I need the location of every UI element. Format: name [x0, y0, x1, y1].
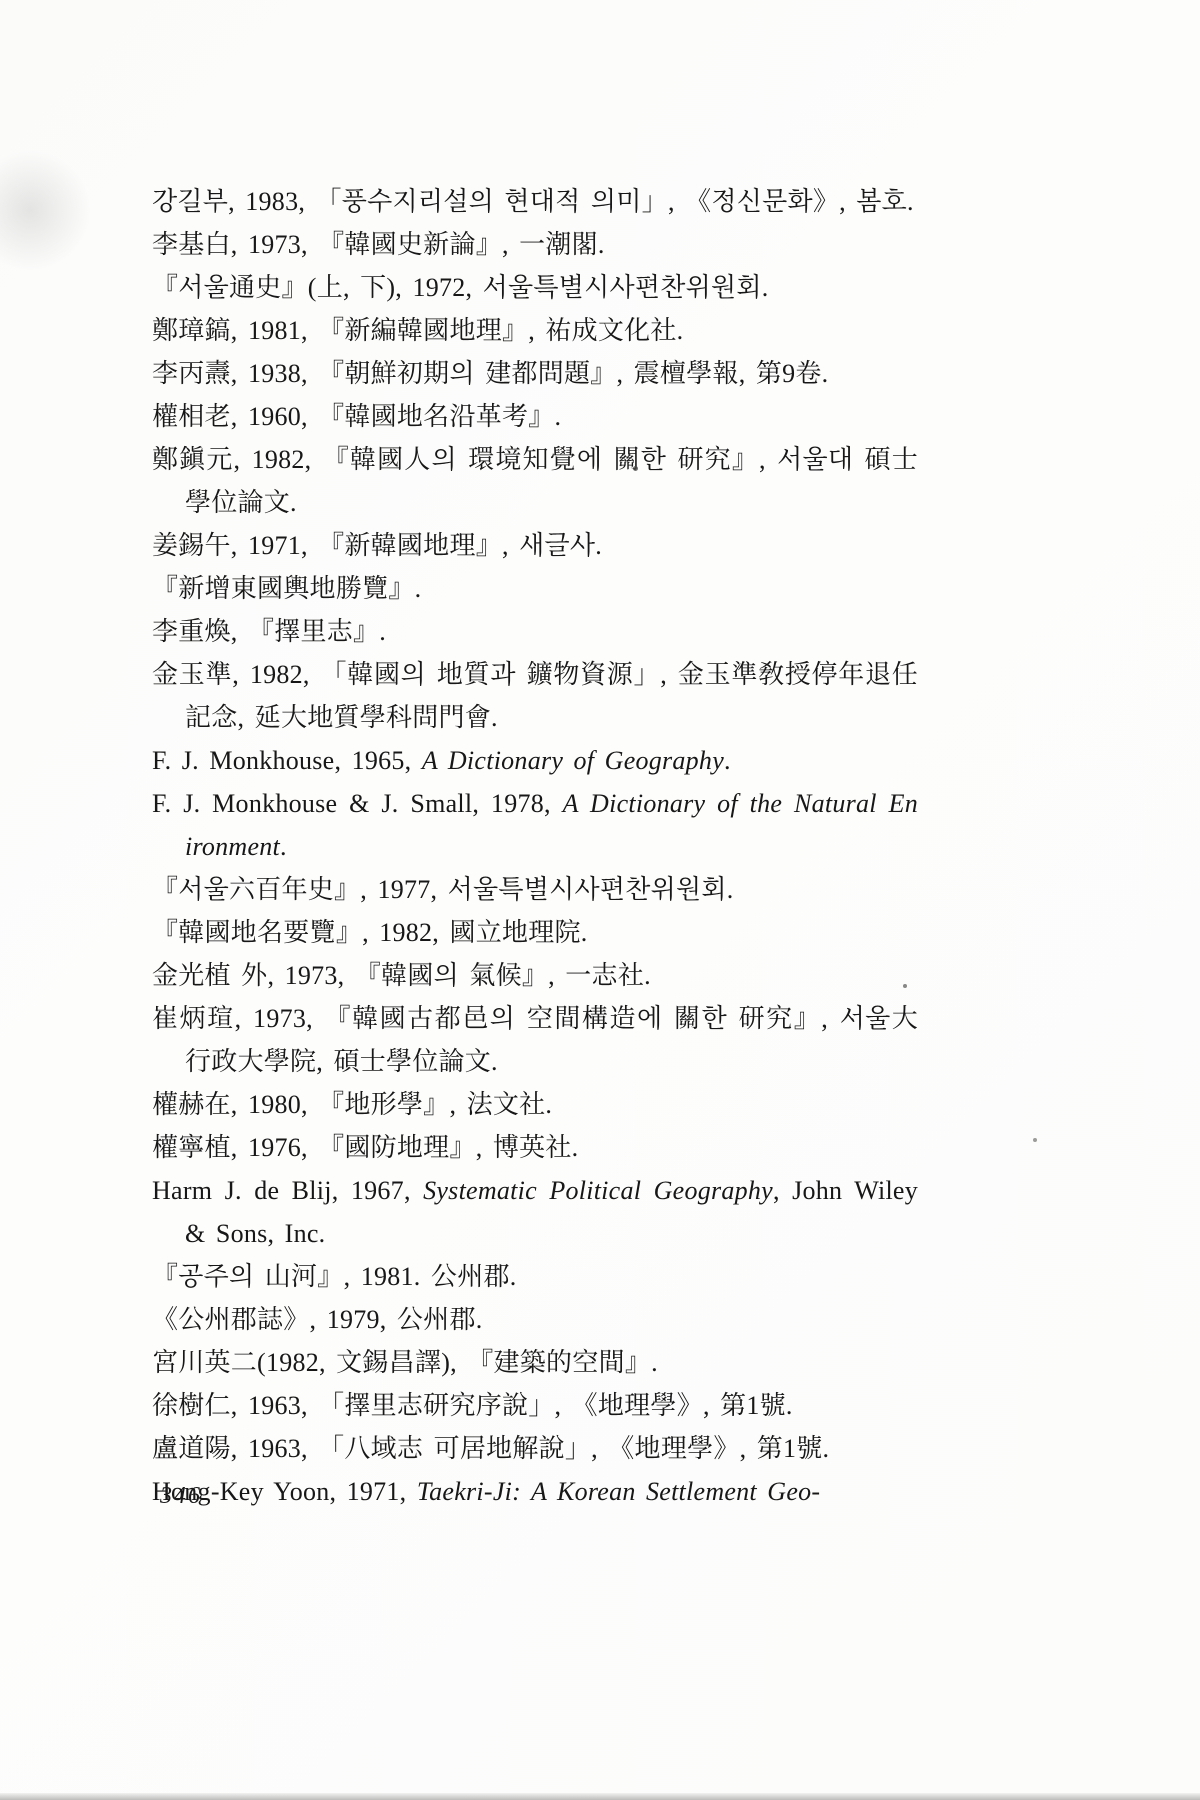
entry-text: 金光植 外, 1973, 『韓國의 氣候』, 一志社.	[152, 961, 651, 990]
entry-text: 李重煥, 『擇里志』.	[152, 617, 386, 646]
bibliography-entry: 《公州郡誌》, 1979, 公州郡.	[152, 1298, 918, 1341]
bibliography-entry: 『공주의 山河』, 1981. 公州郡.	[152, 1255, 918, 1298]
entry-text: 徐樹仁, 1963, 「擇里志研究序說」, 《地理學》, 第1號.	[152, 1391, 793, 1420]
entry-text: 강길부, 1983, 「풍수지리설의 현대적 의미」, 《정신문화》, 봄호.	[152, 187, 914, 216]
bibliography-entry: 李基白, 1973, 『韓國史新論』, 一潮閣.	[152, 223, 918, 266]
entry-text: 李基白, 1973, 『韓國史新論』, 一潮閣.	[152, 230, 605, 259]
page-number: 346	[160, 1483, 202, 1510]
scan-smudge	[0, 128, 112, 292]
bibliography-entry: 鄭璋鎬, 1981, 『新編韓國地理』, 祐成文化社.	[152, 309, 918, 352]
bibliography-entry: 『서울六百年史』, 1977, 서울특별시사편찬위원회.	[152, 868, 918, 911]
entry-title-italic: A Dictionary of Geography	[422, 746, 724, 775]
scan-artifact-dot	[903, 984, 907, 988]
scan-artifact-dot	[633, 466, 638, 471]
entry-text: 盧道陽, 1963, 「八域志 可居地解說」, 《地理學》, 第1號.	[152, 1434, 829, 1463]
entry-text: 權赫在, 1980, 『地形學』, 法文社.	[152, 1090, 552, 1119]
entry-text: 《公州郡誌》, 1979, 公州郡.	[152, 1305, 482, 1334]
entry-text: 金玉準, 1982, 「韓國의 地質과 鑛物資源」, 金玉準敎授停年退任記念, …	[152, 660, 918, 732]
entry-text: F. J. Monkhouse & J. Small, 1978,	[152, 789, 563, 818]
entry-text: 『서울六百年史』, 1977, 서울특별시사편찬위원회.	[152, 875, 734, 904]
bibliography-entry: F. J. Monkhouse & J. Small, 1978, A Dict…	[152, 782, 918, 868]
entry-text: .	[280, 832, 287, 861]
entry-text: 姜錫午, 1971, 『新韓國地理』, 새글사.	[152, 531, 602, 560]
bibliography-entry: 金玉準, 1982, 「韓國의 地質과 鑛物資源」, 金玉準敎授停年退任記念, …	[152, 653, 918, 739]
bibliography-entry: 『新增東國輿地勝覽』.	[152, 567, 918, 610]
book-page: 강길부, 1983, 「풍수지리설의 현대적 의미」, 《정신문화》, 봄호.李…	[0, 0, 1200, 1800]
scan-page-edge	[0, 1793, 1200, 1800]
bibliography-entry: 盧道陽, 1963, 「八域志 可居地解說」, 《地理學》, 第1號.	[152, 1427, 918, 1470]
bibliography-entry: 權相老, 1960, 『韓國地名沿革考』.	[152, 395, 918, 438]
bibliography-entry: 崔炳瑄, 1973, 『韓國古都邑의 空間構造에 關한 研究』, 서울大 行政大…	[152, 997, 918, 1083]
entry-text: 『新增東國輿地勝覽』.	[152, 574, 421, 603]
entry-text: 『서울通史』(上, 下), 1972, 서울특별시사편찬위원회.	[152, 273, 769, 302]
entry-text: 『韓國地名要覽』, 1982, 國立地理院.	[152, 918, 588, 947]
entry-text: F. J. Monkhouse, 1965,	[152, 746, 422, 775]
bibliography-entry: 宮川英二(1982, 文錫昌譯), 『建築的空間』.	[152, 1341, 918, 1384]
bibliography-entry: F. J. Monkhouse, 1965, A Dictionary of G…	[152, 739, 918, 782]
entry-text: 崔炳瑄, 1973, 『韓國古都邑의 空間構造에 關한 研究』, 서울大 行政大…	[152, 1004, 918, 1076]
entry-text: .	[724, 746, 731, 775]
bibliography-entry: 姜錫午, 1971, 『新韓國地理』, 새글사.	[152, 524, 918, 567]
bibliography-entry: 權赫在, 1980, 『地形學』, 法文社.	[152, 1083, 918, 1126]
bibliography-entry: 鄭鎭元, 1982, 『韓國人의 環境知覺에 關한 研究』, 서울대 碩士學位論…	[152, 438, 918, 524]
bibliography-entry: Hong-Key Yoon, 1971, Taekri-Ji: A Korean…	[152, 1470, 918, 1513]
bibliography-entry: 李丙燾, 1938, 『朝鮮初期의 建都問題』, 震檀學報, 第9卷.	[152, 352, 918, 395]
bibliography-list: 강길부, 1983, 「풍수지리설의 현대적 의미」, 《정신문화》, 봄호.李…	[152, 180, 918, 1513]
bibliography-entry: Harm J. de Blij, 1967, Systematic Politi…	[152, 1169, 918, 1255]
entry-text: 鄭鎭元, 1982, 『韓國人의 環境知覺에 關한 研究』, 서울대 碩士學位論…	[152, 445, 918, 517]
bibliography-entry: 강길부, 1983, 「풍수지리설의 현대적 의미」, 《정신문화》, 봄호.	[152, 180, 918, 223]
bibliography-entry: 金光植 外, 1973, 『韓國의 氣候』, 一志社.	[152, 954, 918, 997]
scan-artifact-dot	[1033, 1138, 1037, 1142]
bibliography-entry: 權寧植, 1976, 『國防地理』, 博英社.	[152, 1126, 918, 1169]
entry-text: 權相老, 1960, 『韓國地名沿革考』.	[152, 402, 561, 431]
entry-text: 權寧植, 1976, 『國防地理』, 博英社.	[152, 1133, 578, 1162]
entry-text: 鄭璋鎬, 1981, 『新編韓國地理』, 祐成文化社.	[152, 316, 683, 345]
entry-text: 宮川英二(1982, 文錫昌譯), 『建築的空間』.	[152, 1348, 658, 1377]
entry-title-italic: Systematic Political Geography	[423, 1176, 773, 1205]
bibliography-entry: 李重煥, 『擇里志』.	[152, 610, 918, 653]
entry-text: 『공주의 山河』, 1981. 公州郡.	[152, 1262, 516, 1291]
bibliography-entry: 『韓國地名要覽』, 1982, 國立地理院.	[152, 911, 918, 954]
entry-text: 李丙燾, 1938, 『朝鮮初期의 建都問題』, 震檀學報, 第9卷.	[152, 359, 828, 388]
bibliography-entry: 徐樹仁, 1963, 「擇里志研究序說」, 《地理學》, 第1號.	[152, 1384, 918, 1427]
bibliography-entry: 『서울通史』(上, 下), 1972, 서울특별시사편찬위원회.	[152, 266, 918, 309]
entry-text: Harm J. de Blij, 1967,	[152, 1176, 423, 1205]
entry-title-italic: Taekri-Ji: A Korean Settlement Geo-	[417, 1477, 820, 1506]
